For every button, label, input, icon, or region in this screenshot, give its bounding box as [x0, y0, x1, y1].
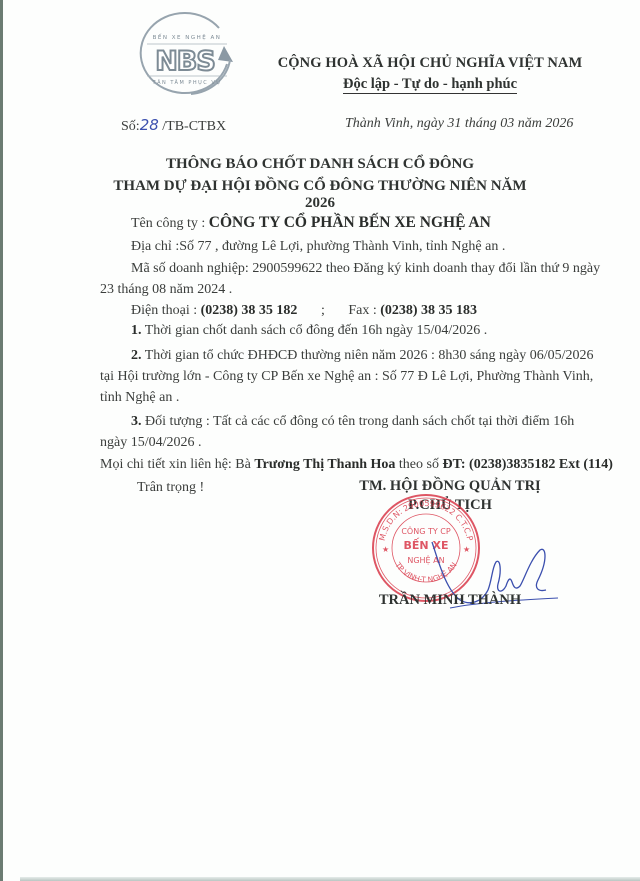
nbs-logo-icon: BẾN XE NGHỆ AN NBS TẬN TÂM PHỤC VỤ — [131, 12, 243, 98]
phone-label: Điện thoại : — [131, 303, 201, 318]
date-line: Thành Vinh, ngày 31 tháng 03 năm 2026 — [345, 116, 573, 132]
contact-middle: theo số — [395, 457, 442, 472]
contact-phone: ĐT: (0238)3835182 Ext (114) — [442, 457, 612, 472]
item-3-line2: ngày 15/04/2026 . — [100, 432, 202, 453]
svg-text:NBS: NBS — [155, 46, 215, 77]
item-2-line2: tại Hội trường lớn - Công ty CP Bến xe N… — [100, 366, 593, 387]
motto-heading: Độc lập - Tự do - hạnh phúc — [275, 76, 585, 93]
scan-edge-left — [0, 0, 3, 881]
company-name-line: Tên công ty : CÔNG TY CỔ PHẦN BẾN XE NGH… — [131, 212, 491, 234]
motto-text: Độc lập - Tự do - hạnh phúc — [343, 76, 517, 94]
item-2-text: Thời gian tổ chức ĐHĐCĐ thường niên năm … — [142, 348, 594, 363]
svg-text:TẬN TÂM PHỤC VỤ: TẬN TÂM PHỤC VỤ — [152, 79, 222, 86]
company-logo: BẾN XE NGHỆ AN NBS TẬN TÂM PHỤC VỤ — [131, 12, 243, 98]
fax-label: Fax : — [348, 303, 380, 318]
doc-number-suffix: /TB-CTBX — [159, 119, 226, 134]
item-1-text: Thời gian chốt danh sách cổ đông đến 16h… — [142, 323, 488, 338]
document-title-line1: THÔNG BÁO CHỐT DANH SÁCH CỔ ĐÔNG — [100, 156, 540, 173]
item-2-line1: 2. Thời gian tổ chức ĐHĐCĐ thường niên n… — [131, 345, 594, 366]
item-3-number: 3. — [131, 414, 142, 429]
item-1: 1. Thời gian chốt danh sách cổ đông đến … — [131, 320, 487, 341]
phone-fax-line: Điện thoại : (0238) 38 35 182 ; Fax : (0… — [131, 300, 477, 321]
item-2-line3: tỉnh Nghệ an . — [100, 387, 179, 408]
item-2-number: 2. — [131, 348, 142, 363]
item-3-text: Đối tượng : Tất cả các cổ đông có tên tr… — [142, 414, 575, 429]
svg-text:BẾN XE NGHỆ AN: BẾN XE NGHỆ AN — [153, 33, 222, 41]
fax-value: (0238) 38 35 183 — [380, 303, 477, 318]
contact-line: Mọi chi tiết xin liên hệ: Bà Trương Thị … — [100, 454, 613, 475]
company-address: Địa chỉ :Số 77 , đường Lê Lợi, phường Th… — [131, 236, 505, 257]
svg-text:CÔNG TY CP: CÔNG TY CP — [401, 525, 451, 536]
nation-heading: CỘNG HOÀ XÃ HỘI CHỦ NGHĨA VIỆT NAM — [275, 55, 585, 72]
item-3-line1: 3. Đối tượng : Tất cả các cổ đông có tên… — [131, 411, 574, 432]
document-number: Số:28 /TB-CTBX — [121, 116, 226, 135]
company-name: CÔNG TY CỔ PHẦN BẾN XE NGHỆ AN — [209, 214, 491, 231]
contact-prefix: Mọi chi tiết xin liên hệ: Bà — [100, 457, 254, 472]
item-1-number: 1. — [131, 323, 142, 338]
contact-person: Trương Thị Thanh Hoa — [254, 457, 395, 472]
doc-number-prefix: Số: — [121, 119, 140, 134]
tax-code-line2: 23 tháng 08 năm 2024 . — [100, 279, 232, 300]
separator: ; — [321, 303, 325, 318]
closing-text: Trân trọng ! — [137, 477, 204, 498]
scan-edge-bottom — [20, 877, 640, 881]
company-name-label: Tên công ty : — [131, 216, 209, 231]
phone-value: (0238) 38 35 182 — [201, 303, 298, 318]
document-title-line2: THAM DỰ ĐẠI HỘI ĐỒNG CỔ ĐÔNG THƯỜNG NIÊN… — [100, 178, 540, 212]
tax-code-line1: Mã số doanh nghiệp: 2900599622 theo Đăng… — [131, 258, 600, 279]
doc-number-handwritten: 28 — [140, 116, 159, 134]
svg-text:★: ★ — [382, 545, 389, 554]
signer-name: TRẦN MINH THÀNH — [350, 592, 550, 609]
